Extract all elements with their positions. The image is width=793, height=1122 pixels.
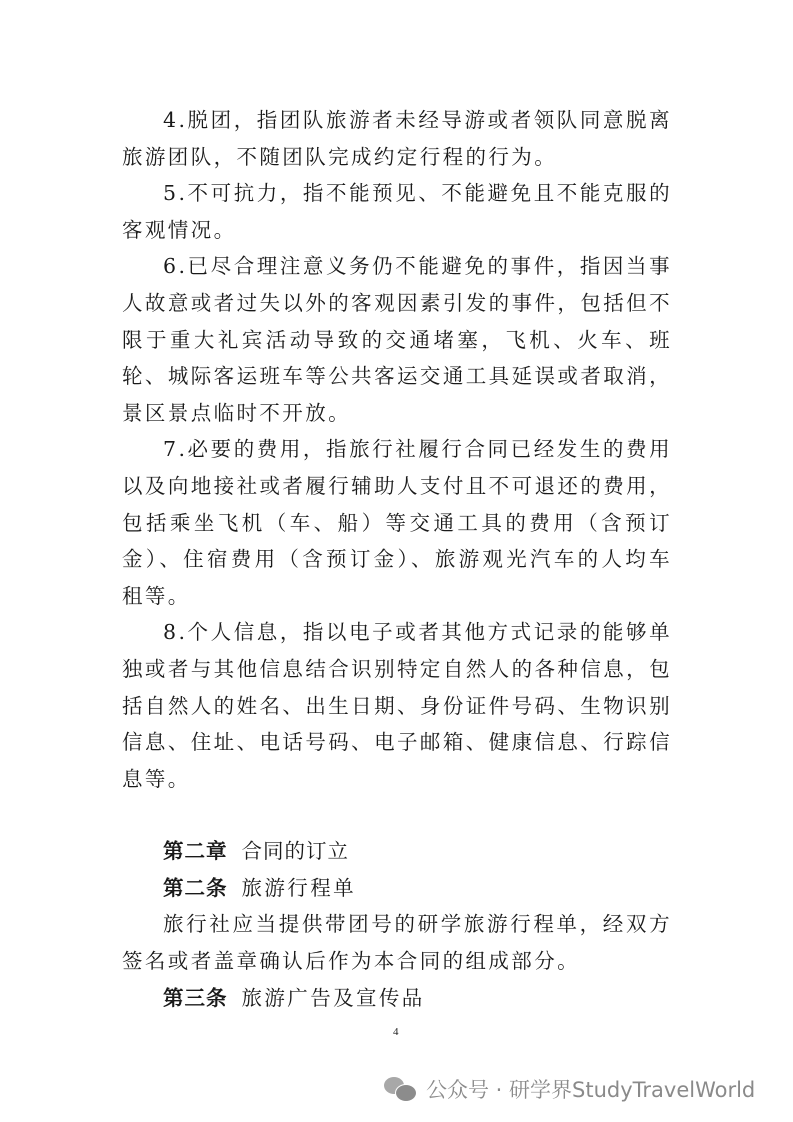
document-page: 4.脱团，指团队旅游者未经导游或者领队同意脱离旅游团队，不随团队完成约定行程的行… — [122, 102, 672, 1016]
definition-paragraph-6: 6.已尽合理注意义务仍不能避免的事件，指因当事人故意或者过失以外的客观因素引发的… — [122, 248, 672, 431]
article-2-title: 旅游行程单 — [242, 876, 357, 900]
section-gap — [122, 797, 672, 833]
article-2-heading: 第二条旅游行程单 — [122, 870, 672, 907]
definition-paragraph-5: 5.不可抗力，指不能预见、不能避免且不能克服的客观情况。 — [122, 175, 672, 248]
definition-paragraph-8: 8.个人信息，指以电子或者其他方式记录的能够单独或者与其他信息结合识别特定自然人… — [122, 614, 672, 797]
chapter-title: 合同的订立 — [242, 839, 350, 863]
chapter-label: 第二章 — [163, 839, 228, 863]
definition-paragraph-7: 7.必要的费用，指旅行社履行合同已经发生的费用以及向地接社或者履行辅助人支付且不… — [122, 431, 672, 614]
chapter-heading: 第二章合同的订立 — [122, 833, 672, 870]
article-2-label: 第二条 — [163, 876, 228, 900]
wechat-icon — [384, 1076, 418, 1102]
article-3-heading: 第三条旅游广告及宣传品 — [122, 980, 672, 1017]
article-3-title: 旅游广告及宣传品 — [242, 986, 425, 1010]
article-3-label: 第三条 — [163, 986, 228, 1010]
watermark-text: 公众号 · 研学界StudyTravelWorld — [426, 1074, 755, 1104]
article-2-body: 旅行社应当提供带团号的研学旅游行程单，经双方签名或者盖章确认后作为本合同的组成部… — [122, 906, 672, 979]
watermark: 公众号 · 研学界StudyTravelWorld — [384, 1074, 755, 1104]
definition-paragraph-4: 4.脱团，指团队旅游者未经导游或者领队同意脱离旅游团队，不随团队完成约定行程的行… — [122, 102, 672, 175]
page-number: 4 — [393, 1026, 399, 1038]
